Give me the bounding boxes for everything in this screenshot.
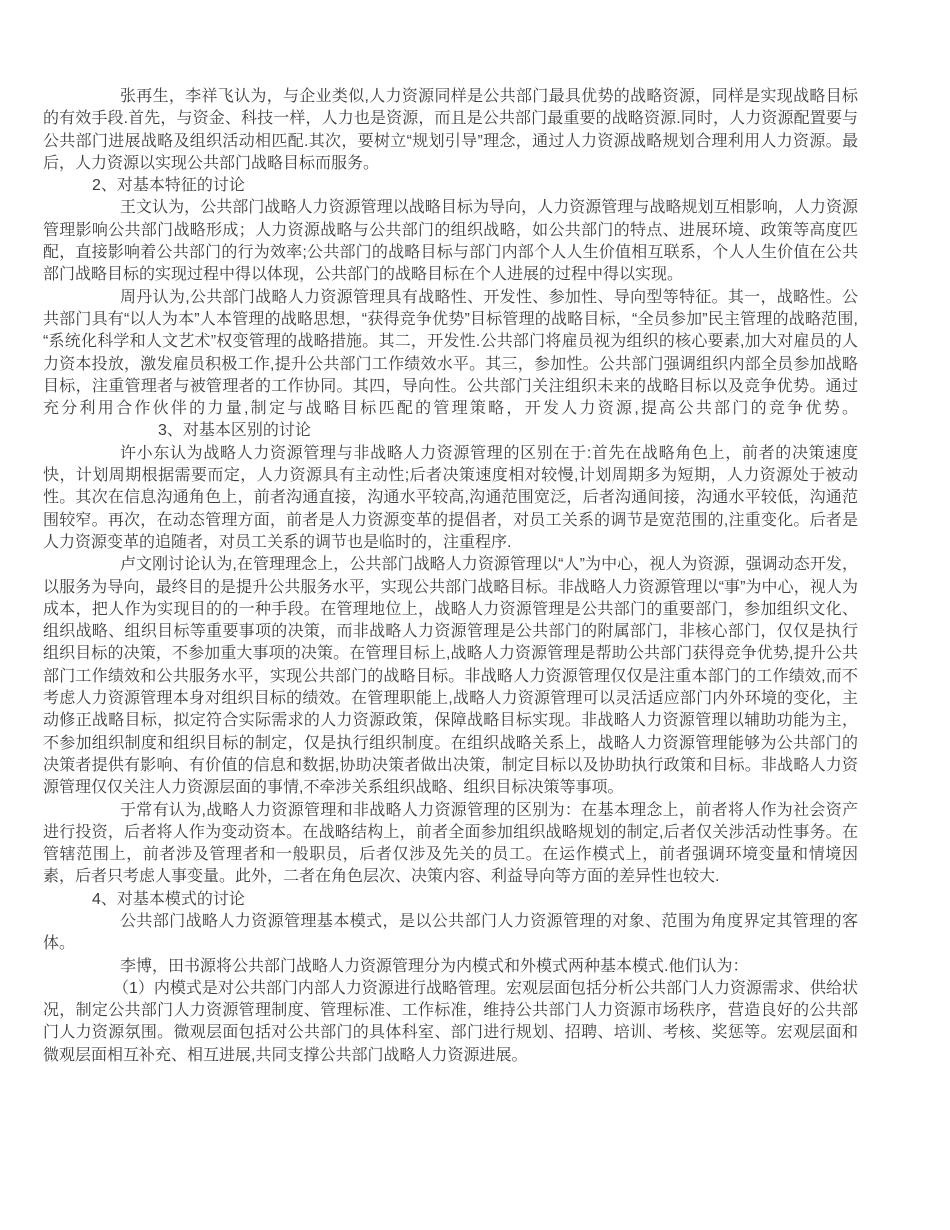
paragraph-text: 卢文刚讨论认为,在管理理念上，公共部门战略人力资源管理以“人”为中心，视人为资源… — [43, 556, 858, 796]
paragraph-text: 李博，田书源将公共部门战略人力资源管理分为内模式和外模式两种基本模式.他们认为： — [120, 958, 748, 975]
paragraph-text: 公共部门战略人力资源管理基本模式，是以公共部门人力资源管理的对象、范围为角度界定… — [43, 913, 858, 952]
inline-section-heading: 3、对基本区别的讨论 — [81, 420, 311, 442]
paragraph-text: 许小东认为战略人力资源管理与非战略人力资源管理的区别在于:首先在战略角色上，前者… — [43, 445, 858, 551]
paragraph-text: （1）内模式是对公共部门内部人力资源进行战略管理。宏观层面包括分析公共部门人力资… — [43, 980, 858, 1064]
paragraph-text: 于常有认为,战略人力资源管理和非战略人力资源管理的区别为：在基本理念上，前者将人… — [43, 802, 858, 886]
paragraph: （1）内模式是对公共部门内部人力资源进行战略管理。宏观层面包括分析公共部门人力资… — [43, 978, 858, 1067]
paragraph: 于常有认为,战略人力资源管理和非战略人力资源管理的区别为：在基本理念上，前者将人… — [43, 800, 858, 889]
paragraph: 公共部门战略人力资源管理基本模式，是以公共部门人力资源管理的对象、范围为角度界定… — [43, 911, 858, 956]
document-page: 张再生，李祥飞认为，与企业类似,人力资源同样是公共部门最具优势的战略资源，同样是… — [0, 0, 950, 1230]
paragraph-text: 王文认为，公共部门战略人力资源管理以战略目标为导向，人力资源管理与战略规划互相影… — [43, 199, 858, 283]
paragraph-text: 张再生，李祥飞认为，与企业类似,人力资源同样是公共部门最具优势的战略资源，同样是… — [43, 88, 858, 172]
paragraph: 周丹认为,公共部门战略人力资源管理具有战略性、开发性、参加性、导向型等特征。其一… — [43, 287, 858, 443]
paragraph: 王文认为，公共部门战略人力资源管理以战略目标为导向，人力资源管理与战略规划互相影… — [43, 197, 858, 286]
paragraph: 李博，田书源将公共部门战略人力资源管理分为内模式和外模式两种基本模式.他们认为： — [43, 956, 858, 978]
document-text-block: 张再生，李祥飞认为，与企业类似,人力资源同样是公共部门最具优势的战略资源，同样是… — [43, 86, 858, 1067]
section-heading: 2、对基本特征的讨论 — [43, 175, 858, 197]
paragraph-text: 2、对基本特征的讨论 — [92, 177, 245, 194]
paragraph: 卢文刚讨论认为,在管理理念上，公共部门战略人力资源管理以“人”为中心，视人为资源… — [43, 554, 858, 799]
paragraph: 张再生，李祥飞认为，与企业类似,人力资源同样是公共部门最具优势的战略资源，同样是… — [43, 86, 858, 175]
paragraph-text: 周丹认为,公共部门战略人力资源管理具有战略性、开发性、参加性、导向型等特征。其一… — [43, 289, 858, 417]
section-heading: 4、对基本模式的讨论 — [43, 889, 858, 911]
paragraph-text: 4、对基本模式的讨论 — [92, 891, 245, 908]
paragraph: 许小东认为战略人力资源管理与非战略人力资源管理的区别在于:首先在战略角色上，前者… — [43, 443, 858, 554]
